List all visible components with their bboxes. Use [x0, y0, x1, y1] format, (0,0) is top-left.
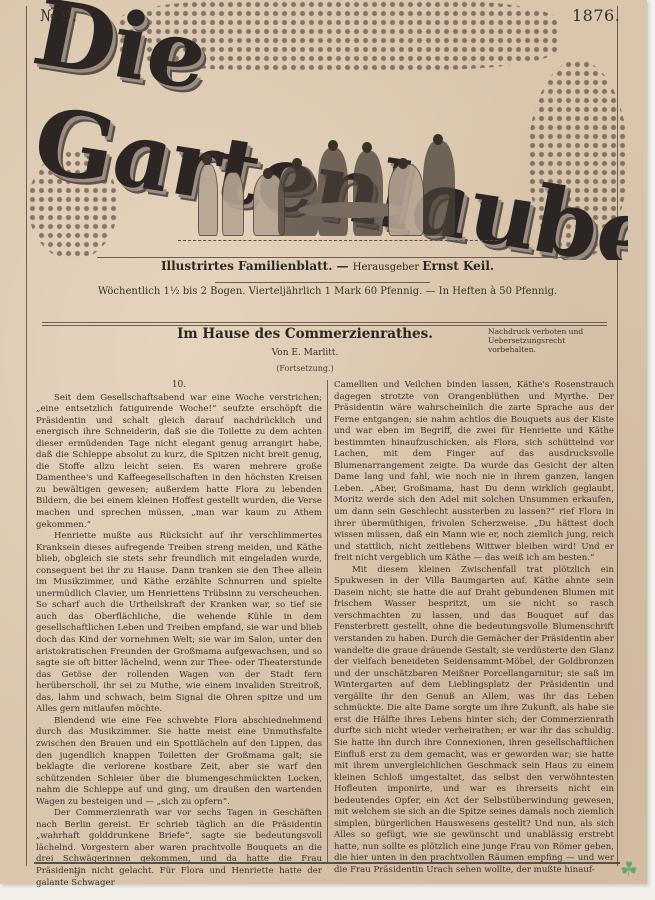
column-divider: [327, 380, 328, 862]
page-number: 9: [74, 870, 80, 880]
paragraph: Seit dem Gesellschaftsabend war eine Woc…: [36, 393, 322, 532]
figure-head: [328, 140, 338, 151]
ground-line: [178, 240, 498, 244]
paragraph: Mit diesem kleinen Zwischenfall trat plö…: [334, 565, 614, 877]
issue-number: № 9.: [40, 6, 78, 25]
divider: [97, 257, 569, 258]
text-column-right: Camellien und Veilchen binden lassen, Kä…: [334, 380, 614, 877]
figure: [353, 151, 383, 236]
figure-head: [433, 134, 443, 145]
subtitle-dash: —: [332, 259, 352, 273]
copyright-notice: Nachdruck verboten und Uebersetzungsrech…: [488, 327, 608, 354]
masthead: Die Gartenlaube.: [28, 0, 628, 260]
figure: [318, 148, 348, 236]
figure: [222, 172, 244, 236]
figure-head: [398, 158, 408, 169]
library-stamp-icon: ☘: [616, 858, 642, 880]
paragraph: Blendend wie eine Fee schwebte Flora abs…: [36, 716, 322, 808]
figure-head: [292, 158, 302, 169]
subtitle-text: Illustrirtes Familienblatt.: [161, 259, 332, 273]
editor-prefix: Herausgeber: [353, 262, 423, 273]
figure-head: [202, 154, 212, 165]
figure: [198, 164, 218, 236]
garden-scene-illustration: [178, 118, 498, 248]
paragraph: Camellien und Veilchen binden lassen, Kä…: [334, 380, 614, 565]
figure-head: [362, 142, 372, 153]
figure: [388, 164, 424, 236]
figure: [278, 166, 318, 236]
figure-head: [263, 168, 273, 179]
issue-year: 1876.: [572, 6, 620, 25]
price-line: Wöchentlich 1½ bis 2 Bogen. Vierteljährl…: [0, 286, 655, 297]
article-title: Im Hause des Commerzienrathes.: [150, 326, 460, 342]
continuation-note: (Fortsetzung.): [150, 364, 460, 373]
newspaper-page: Die Gartenlaube. № 9. 1876. Illustrirtes…: [0, 0, 647, 884]
editor-name: Ernst Keil.: [422, 259, 494, 273]
paragraph: Henriette mußte aus Rücksicht auf ihr ve…: [36, 531, 322, 716]
figure: [423, 141, 455, 236]
bottom-divider: [34, 862, 620, 864]
masthead-subtitle: Illustrirtes Familienblatt. — Herausgebe…: [0, 259, 655, 273]
divider: [215, 282, 430, 283]
text-column-left: 10. Seit dem Gesellschaftsabend war eine…: [36, 380, 322, 889]
chapter-number: 10.: [36, 380, 322, 392]
article-byline: Von E. Marlitt.: [150, 348, 460, 358]
